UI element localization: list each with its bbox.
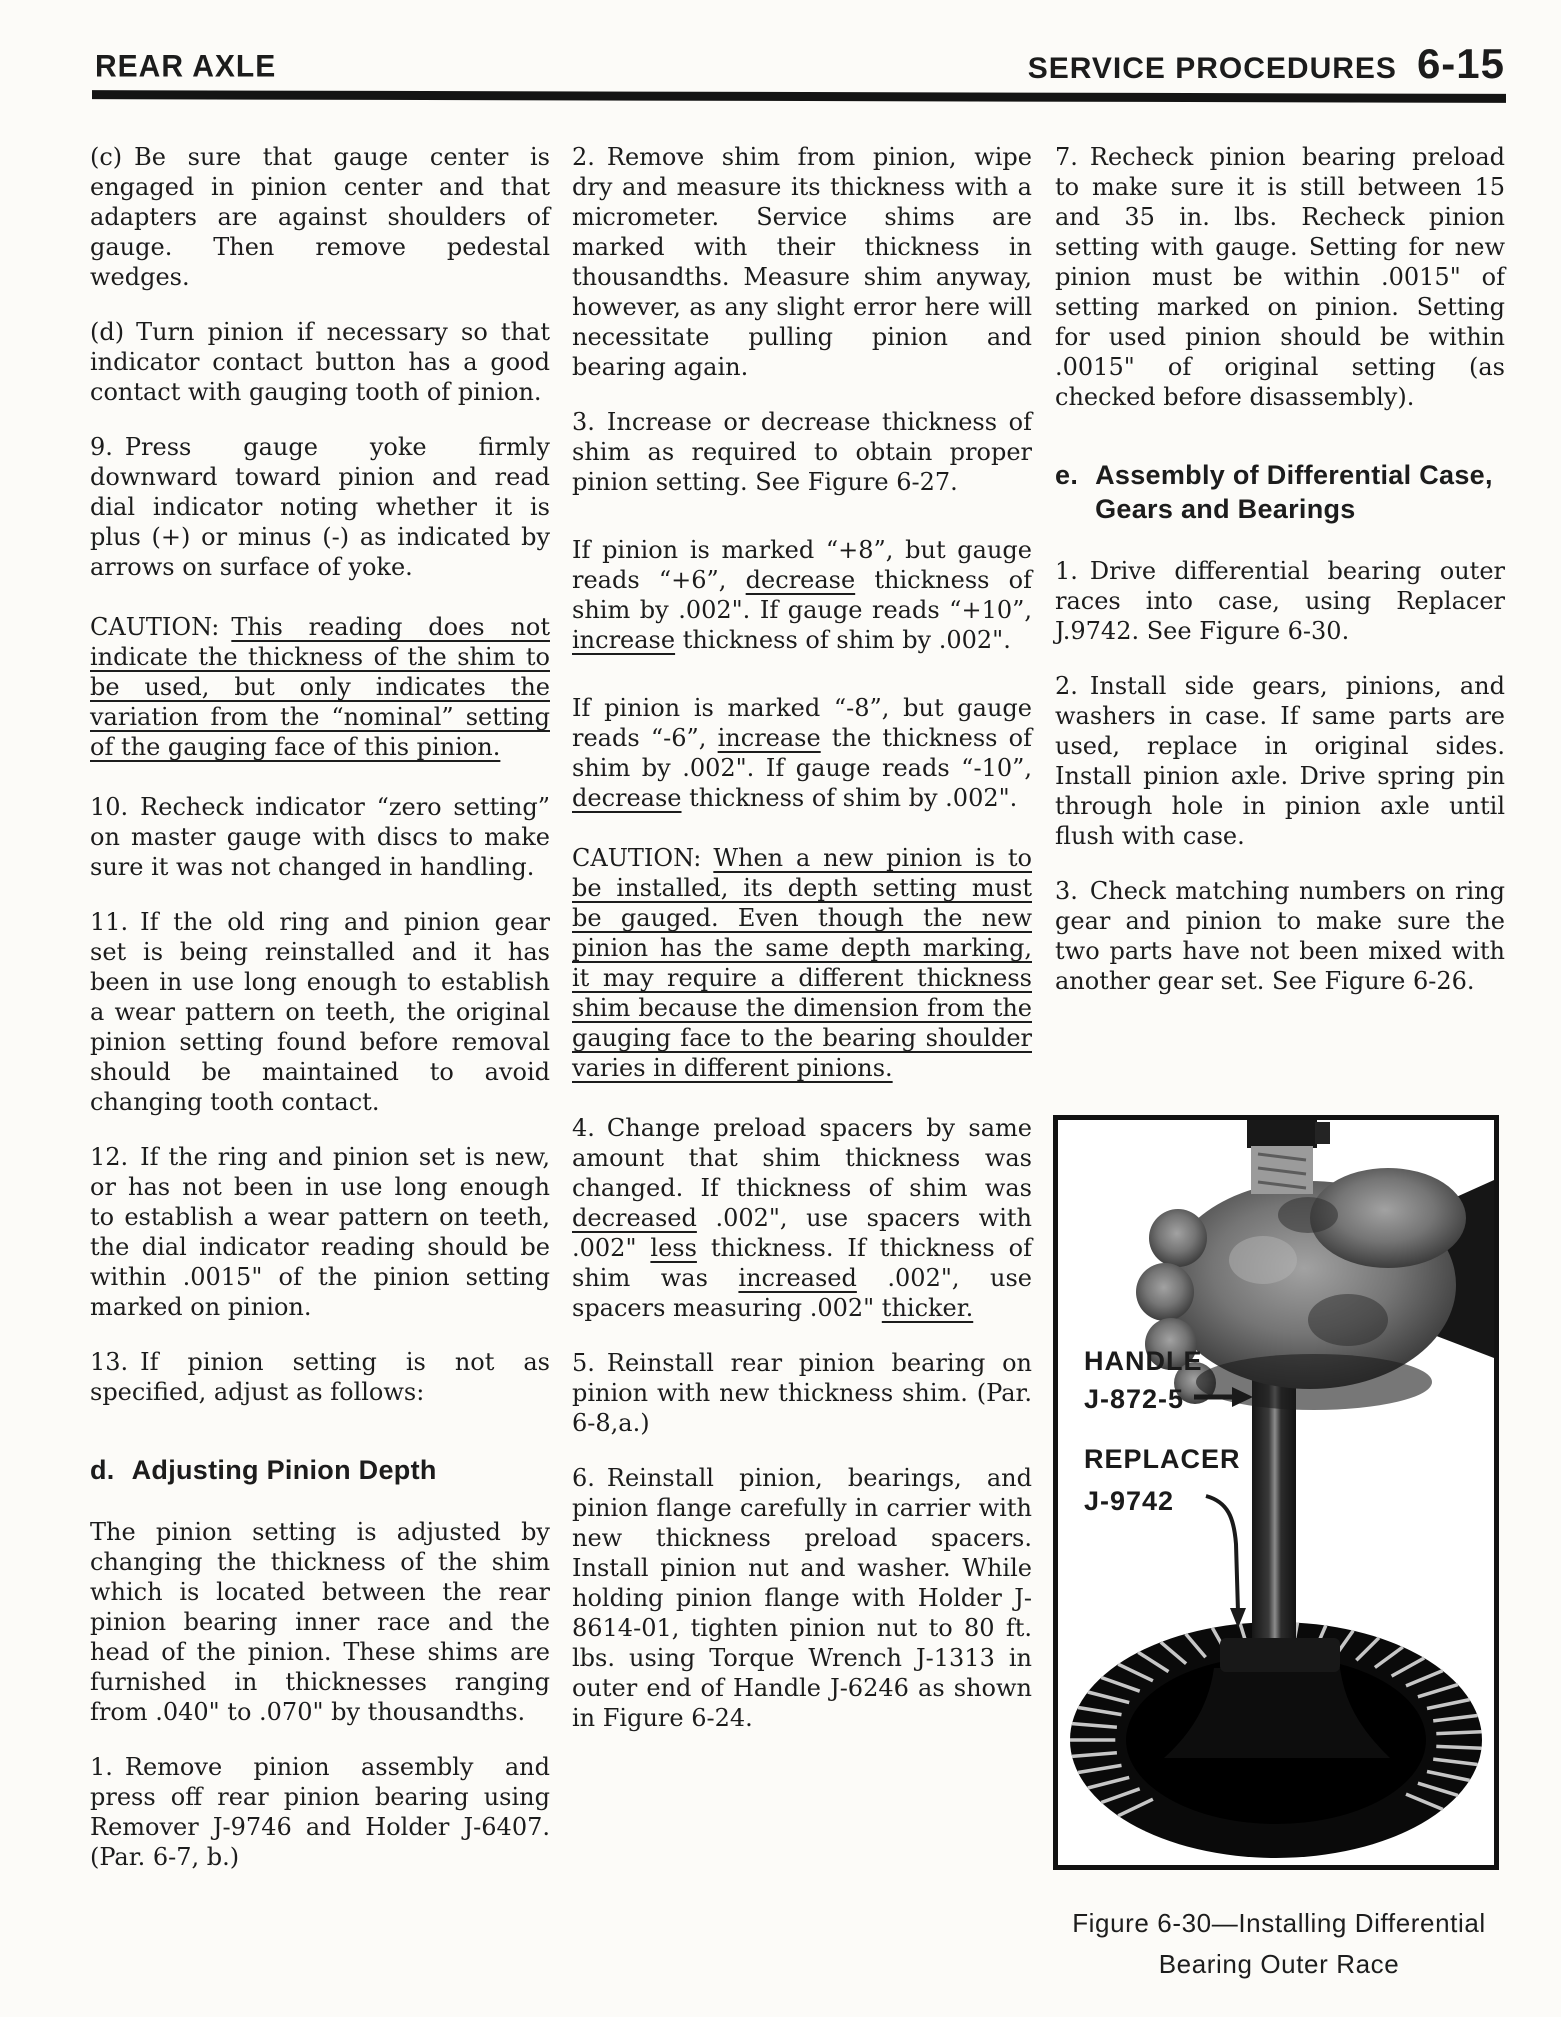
handle-shaft bbox=[1252, 1366, 1296, 1666]
text-segment: CAUTION: bbox=[90, 613, 231, 641]
text-segment: 1. Drive differential bearing outer race… bbox=[1055, 557, 1505, 645]
text-segment: The pinion setting is adjusted by changi… bbox=[90, 1518, 550, 1726]
shaft-collar bbox=[1220, 1638, 1340, 1672]
figure-6-30: HANDLE J-872-5 REPLACER J-9742 bbox=[1053, 1115, 1499, 1870]
step-7-depth: 7. Recheck pinion bearing preload to mak… bbox=[1055, 142, 1505, 412]
text-segment: (d) Turn pinion if necessary so that ind… bbox=[90, 318, 550, 406]
section-title: Assembly of Differential Case, Gears and… bbox=[1095, 458, 1505, 526]
figure-caption-line2: Bearing Outer Race bbox=[1053, 1944, 1505, 1985]
step-1-depth: 1. Remove pinion assembly and press off … bbox=[90, 1752, 550, 1872]
figure-caption: Figure 6-30—Installing Differential Bear… bbox=[1053, 1903, 1505, 1985]
step-1-assembly: 1. Drive differential bearing outer race… bbox=[1055, 556, 1505, 646]
step-2-assembly: 2. Install side gears, pinions, and wash… bbox=[1055, 671, 1505, 851]
section-d-heading: d.Adjusting Pinion Depth bbox=[90, 1453, 550, 1487]
manual-page: REAR AXLE SERVICE PROCEDURES 6-15 (c) Be… bbox=[0, 0, 1561, 2017]
text-segment: CAUTION: bbox=[572, 844, 713, 872]
text-segment: 2. Remove shim from pinion, wipe dry and… bbox=[572, 143, 1032, 381]
step-9: 9. Press gauge yoke firmly downward towa… bbox=[90, 432, 550, 582]
text-segment: thickness of shim by .002". bbox=[675, 626, 1011, 654]
section-letter: d. bbox=[90, 1453, 115, 1487]
text-segment: 13. If pinion setting is not as specifie… bbox=[90, 1348, 550, 1406]
step-4-depth: 4. Change preload spacers by same amount… bbox=[572, 1113, 1032, 1323]
underlined-text: decreased bbox=[572, 1204, 697, 1232]
page-number: 6-15 bbox=[1417, 42, 1505, 86]
section-e-heading: e.Assembly of Differential Case, Gears a… bbox=[1055, 458, 1505, 526]
minus-marking-note: If pinion is marked “-8”, but gauge read… bbox=[572, 693, 1032, 813]
step-3-assembly: 3. Check matching numbers on ring gear a… bbox=[1055, 876, 1505, 996]
column-2: 2. Remove shim from pinion, wipe dry and… bbox=[572, 142, 1032, 1758]
text-segment: thickness of shim by .002". bbox=[682, 784, 1018, 812]
caution-reading: CAUTION: This reading does not indicate … bbox=[90, 612, 550, 762]
column-3: 7. Recheck pinion bearing preload to mak… bbox=[1055, 142, 1505, 1021]
text-segment: 3. Increase or decrease thickness of shi… bbox=[572, 408, 1032, 496]
underlined-text: When a new pinion is to be installed, it… bbox=[572, 844, 1032, 1082]
underlined-text: less bbox=[650, 1234, 697, 1262]
text-segment: 9. Press gauge yoke firmly downward towa… bbox=[90, 433, 550, 581]
header-rule bbox=[92, 90, 1506, 103]
step-2-depth: 2. Remove shim from pinion, wipe dry and… bbox=[572, 142, 1032, 382]
text-segment: 1. Remove pinion assembly and press off … bbox=[90, 1753, 550, 1871]
text-segment: 12. If the ring and pinion set is new, o… bbox=[90, 1143, 550, 1321]
underlined-text: increased bbox=[738, 1264, 856, 1292]
underlined-text: increase bbox=[572, 626, 675, 654]
running-head-left: REAR AXLE bbox=[95, 49, 276, 85]
text-segment: 2. Install side gears, pinions, and wash… bbox=[1055, 672, 1505, 850]
section-title: Adjusting Pinion Depth bbox=[132, 1453, 437, 1487]
text-segment: 10. Recheck indicator “zero setting” on … bbox=[90, 793, 550, 881]
running-head-section: SERVICE PROCEDURES bbox=[1028, 49, 1397, 89]
step-10: 10. Recheck indicator “zero setting” on … bbox=[90, 792, 550, 882]
handle-label-line1: HANDLE bbox=[1084, 1346, 1203, 1376]
text-segment: 3. Check matching numbers on ring gear a… bbox=[1055, 877, 1505, 995]
figure-photo: HANDLE J-872-5 REPLACER J-9742 bbox=[1058, 1120, 1494, 1865]
caution-new-pinion: CAUTION: When a new pinion is to be inst… bbox=[572, 843, 1032, 1083]
handle-label-line2: J-872-5 bbox=[1084, 1384, 1184, 1414]
step-5-depth: 5. Reinstall rear pinion bearing on pini… bbox=[572, 1348, 1032, 1438]
underlined-text: thicker. bbox=[882, 1294, 973, 1322]
section-letter: e. bbox=[1055, 458, 1078, 526]
underlined-text: decrease bbox=[746, 566, 856, 594]
step-6-depth: 6. Reinstall pinion, bearings, and pinio… bbox=[572, 1463, 1032, 1733]
step-11: 11. If the old ring and pinion gear set … bbox=[90, 907, 550, 1117]
text-segment: 7. Recheck pinion bearing preload to mak… bbox=[1055, 143, 1505, 411]
step-12: 12. If the ring and pinion set is new, o… bbox=[90, 1142, 550, 1322]
replacer-label-line2: J-9742 bbox=[1084, 1486, 1174, 1516]
plus-marking-note: If pinion is marked “+8”, but gauge read… bbox=[572, 535, 1032, 655]
figure-caption-line1: Figure 6-30—Installing Differential bbox=[1053, 1903, 1505, 1944]
column-1: (c) Be sure that gauge center is engaged… bbox=[90, 142, 550, 1897]
text-segment: 11. If the old ring and pinion gear set … bbox=[90, 908, 550, 1116]
step-13: 13. If pinion setting is not as specifie… bbox=[90, 1347, 550, 1407]
underlined-text: decrease bbox=[572, 784, 682, 812]
replacer-label-line1: REPLACER bbox=[1084, 1444, 1241, 1474]
step-c: (c) Be sure that gauge center is engaged… bbox=[90, 142, 550, 292]
step-3-depth: 3. Increase or decrease thickness of shi… bbox=[572, 407, 1032, 497]
step-d: (d) Turn pinion if necessary so that ind… bbox=[90, 317, 550, 407]
text-segment: 6. Reinstall pinion, bearings, and pinio… bbox=[572, 1464, 1032, 1732]
text-segment: 5. Reinstall rear pinion bearing on pini… bbox=[572, 1349, 1032, 1437]
underlined-text: increase bbox=[718, 724, 821, 752]
running-head-right: SERVICE PROCEDURES 6-15 bbox=[1028, 42, 1505, 89]
text-segment: (c) Be sure that gauge center is engaged… bbox=[90, 143, 550, 291]
text-segment: 4. Change preload spacers by same amount… bbox=[572, 1114, 1032, 1202]
section-d-intro: The pinion setting is adjusted by changi… bbox=[90, 1517, 550, 1727]
